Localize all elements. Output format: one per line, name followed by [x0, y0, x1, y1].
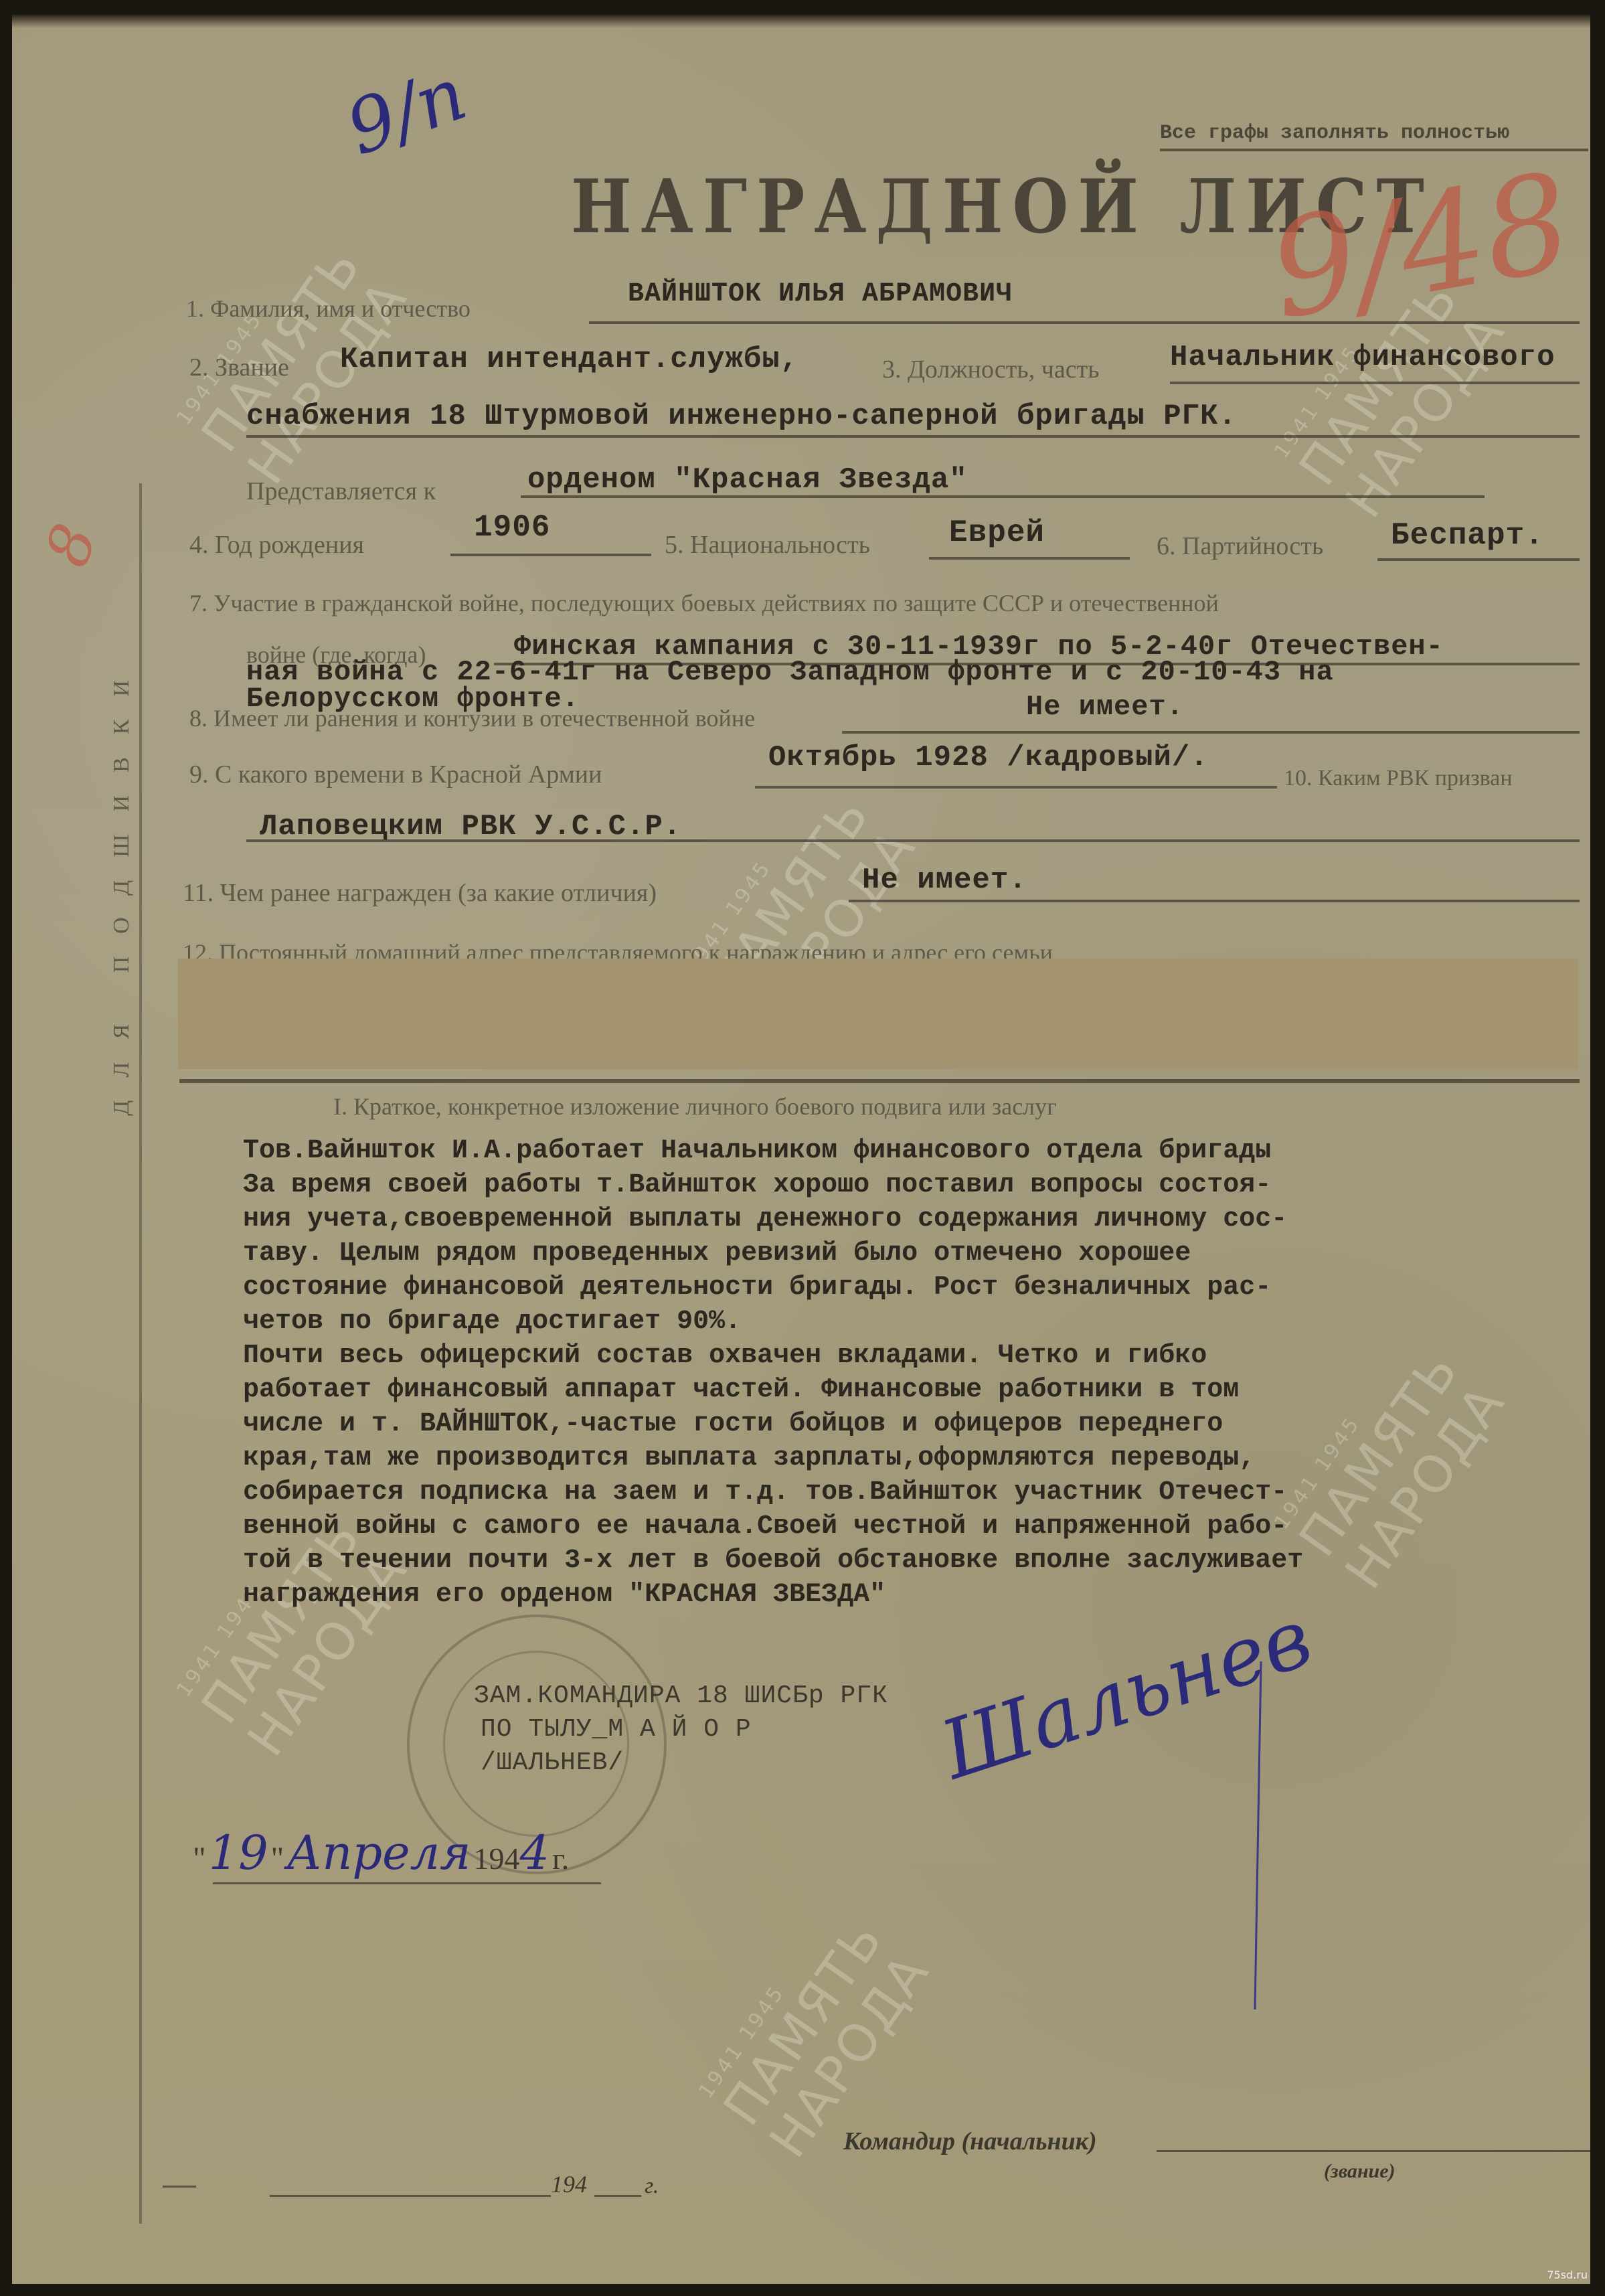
margin-binding-label: ДЛЯ ПОДШИВКИ	[109, 657, 135, 1116]
field-7-label: 7. Участие в гражданской войне, последую…	[189, 589, 1219, 617]
merits-line: работает финансовый аппарат частей. Фина…	[243, 1373, 1590, 1407]
field-8-value: Не имеет.	[1026, 691, 1184, 723]
section-divider	[179, 1079, 1580, 1083]
field-6-label: 6. Партийность	[1157, 531, 1323, 561]
footer-year-line	[594, 2195, 641, 2197]
footer-day-line	[163, 2186, 196, 2188]
field-6-value: Беспарт.	[1391, 518, 1544, 553]
merits-line: ния учета,своевременной выплаты денежног…	[243, 1202, 1590, 1236]
field-4-value: 1906	[474, 510, 550, 545]
merits-line: награждения его орденом "КРАСНАЯ ЗВЕЗДА"	[243, 1578, 1590, 1612]
field-9-value: Октябрь 1928 /кадровый/.	[768, 741, 1209, 774]
merits-line: таву. Целым рядом проведенных ревизий бы…	[243, 1236, 1590, 1270]
field-2-value: Капитан интендант.службы,	[340, 343, 798, 376]
presented-label: Представляется к	[246, 477, 436, 506]
field-6-line	[1377, 558, 1580, 561]
field-3-label: 3. Должность, часть	[882, 355, 1100, 384]
field-11-line	[849, 900, 1580, 902]
merits-line: За время своей работы т.Вайншток хорошо …	[243, 1168, 1590, 1202]
signatory-title-line-2: ПО ТЫЛУ_М А Й О Р	[481, 1715, 752, 1744]
merits-line: той в течении почти 3-х лет в боевой обс…	[243, 1544, 1590, 1578]
date-day: 19	[209, 1825, 268, 1880]
footer-month-line	[270, 2195, 551, 2197]
redacted-address-block	[178, 959, 1578, 1069]
field-3-line-2	[246, 435, 1580, 438]
award-sheet-page: 1941 1945ПАМЯТЬНАРОДА 1941 1945ПАМЯТЬНАР…	[12, 15, 1590, 2284]
signatory-name: /ШАЛЬНЕВ/	[481, 1748, 624, 1777]
field-8-label: 8. Имеет ли ранения и контузии в отечест…	[189, 704, 755, 732]
merits-line: Почти весь офицерский состав охвачен вкл…	[243, 1339, 1590, 1373]
source-tag: 75sd.ru	[1547, 2269, 1588, 2281]
field-3-value-continued: снабжения 18 Штурмовой инженерно-саперно…	[246, 400, 1237, 433]
field-10-value: Лаповецким РВК У.С.С.Р.	[260, 810, 681, 843]
signature-date: " 19 " Апреля 1944 г.	[193, 1825, 569, 1880]
merits-description: Тов.Вайншток И.А.работает Начальником фи…	[243, 1134, 1590, 1612]
field-2-label: 2. Звание	[189, 353, 289, 382]
field-11-label: 11. Чем ранее награжден (за какие отличи…	[183, 878, 657, 908]
field-11-value: Не имеет.	[862, 864, 1027, 897]
merits-line: числе и т. ВАЙНШТОК,-частые гости бойцов…	[243, 1407, 1590, 1441]
field-1-value: ВАЙНШТОК ИЛЬЯ АБРАМОВИЧ	[628, 279, 1013, 309]
field-10-label: 10. Каким РВК призван	[1284, 766, 1513, 791]
merits-line: собирается подписка на заем и т.д. тов.В…	[243, 1475, 1590, 1509]
field-4-line	[450, 554, 651, 556]
margin-red-mark: 8	[32, 515, 111, 576]
field-5-value: Еврей	[949, 515, 1045, 550]
field-10-line	[246, 839, 1580, 842]
signatory-title-line-1: ЗАМ.КОМАНДИРА 18 ШИСБр РГК	[474, 1682, 888, 1710]
rank-caption: (звание)	[1324, 2160, 1396, 2183]
field-5-line	[929, 557, 1130, 560]
date-month: Апреля	[286, 1825, 471, 1880]
field-1-line	[589, 321, 1580, 324]
field-8-line	[842, 731, 1580, 734]
field-4-label: 4. Год рождения	[189, 530, 364, 560]
merits-line: венной войны с самого ее начала.Своей че…	[243, 1509, 1590, 1544]
field-9-label: 9. С какого времени в Красной Армии	[189, 760, 602, 789]
margin-rule	[139, 483, 142, 2224]
date-underline	[213, 1882, 601, 1884]
signature-stroke	[1254, 1661, 1262, 2010]
commander-line	[1157, 2150, 1590, 2152]
footer-year-prefix: 194	[551, 2170, 587, 2198]
date-year-digit: 4	[520, 1825, 550, 1880]
presented-value: орденом "Красная Звезда"	[527, 463, 968, 497]
commander-label: Командир (начальник)	[843, 2127, 1097, 2156]
merits-line: четов по бригаде достигает 90%.	[243, 1305, 1590, 1339]
footer-year-suffix: г.	[645, 2174, 659, 2199]
merits-line: Тов.Вайншток И.А.работает Начальником фи…	[243, 1134, 1590, 1168]
field-3-value: Начальник финансового	[1170, 341, 1555, 374]
field-9-line	[755, 786, 1277, 789]
field-5-label: 5. Национальность	[665, 530, 870, 560]
merits-line: края,там же производится выплата зарплат…	[243, 1441, 1590, 1475]
notice-text: Все графы заполнять полностью	[1160, 122, 1509, 145]
field-1-label: 1. Фамилия, имя и отчество	[186, 295, 471, 323]
paper-top-edge	[12, 15, 1590, 28]
presented-line	[521, 495, 1485, 498]
field-3-line	[1170, 382, 1580, 384]
handwritten-mark: 9/п	[335, 50, 477, 171]
handwritten-signature: Шальнев	[930, 1591, 1322, 1797]
merits-line: состояние финансовой деятельности бригад…	[243, 1270, 1590, 1305]
section-heading: I. Краткое, конкретное изложение личного…	[333, 1092, 1057, 1121]
